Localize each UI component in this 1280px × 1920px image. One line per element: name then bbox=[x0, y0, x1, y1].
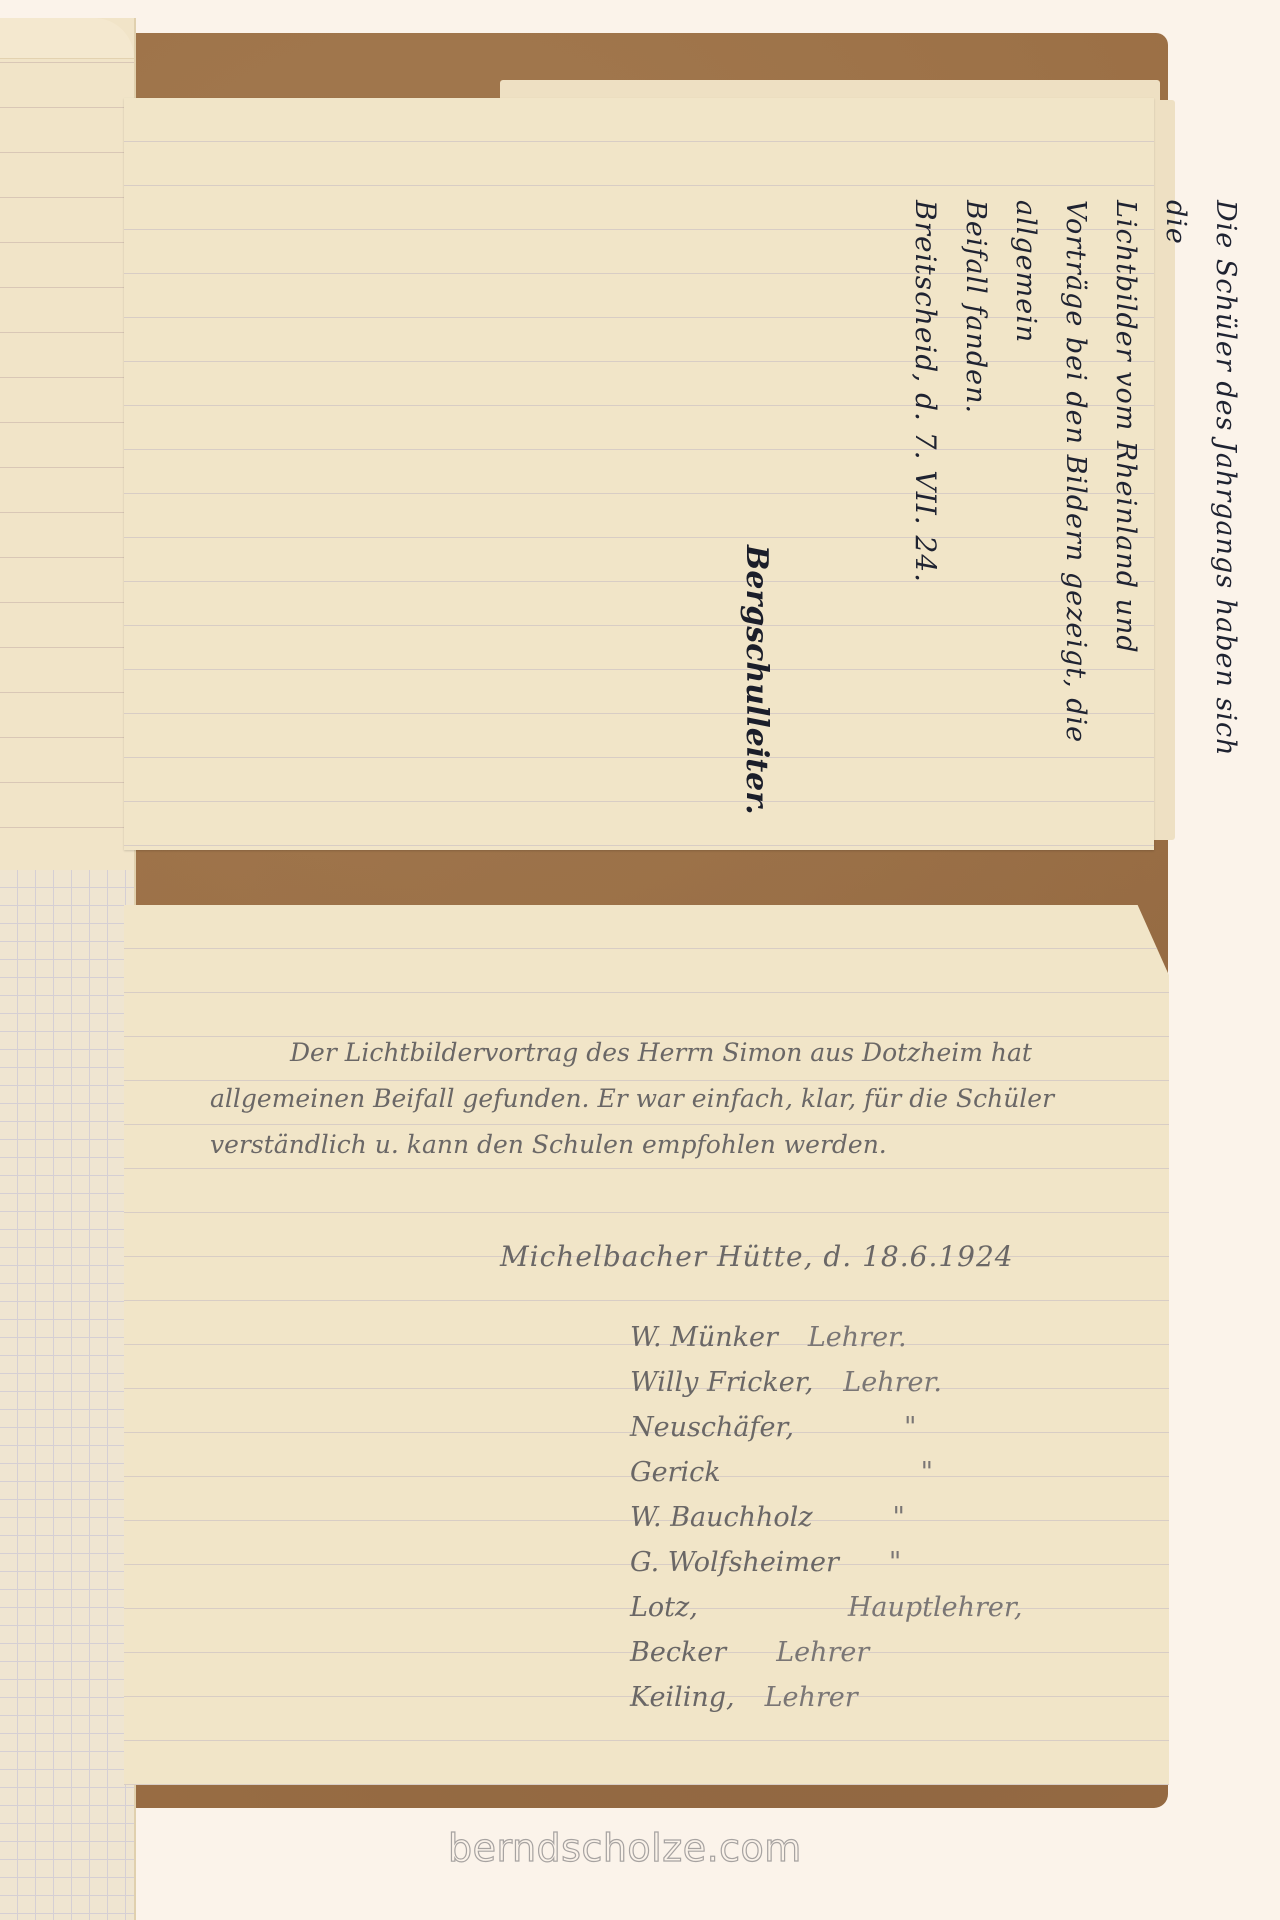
signature-name: G. Wolfsheimer bbox=[630, 1540, 839, 1585]
signature-name: W. Bauchholz bbox=[630, 1495, 813, 1540]
signature-row: Neuschäfer, " bbox=[630, 1405, 1022, 1450]
top-line-3: Vorträge bei den Bildern gezeigt, die al… bbox=[1000, 200, 1100, 800]
bottom-paragraph: Der Lichtbildervortrag des Herrn Simon a… bbox=[210, 1030, 1170, 1168]
signature-name: W. Münker bbox=[630, 1315, 778, 1360]
signature-role: Hauptlehrer, bbox=[848, 1585, 1023, 1630]
top-signature: Bergschulleiter. bbox=[714, 545, 774, 885]
signature-name: Lotz, bbox=[630, 1585, 698, 1630]
signature-name: Neuschäfer, bbox=[630, 1405, 794, 1450]
signature-row: W. Bauchholz " bbox=[630, 1495, 1022, 1540]
top-line-1: Die Schüler des Jahrgangs haben sich die bbox=[1150, 200, 1250, 800]
signature-name: Gerick bbox=[630, 1450, 721, 1495]
signature-row: G. Wolfsheimer " bbox=[630, 1540, 1022, 1585]
signature-role: Lehrer. bbox=[843, 1360, 942, 1405]
signature-role: Lehrer bbox=[776, 1630, 869, 1675]
signature-role: " bbox=[889, 1540, 901, 1585]
top-letter-text: Die Schüler des Jahrgangs haben sich die… bbox=[930, 200, 1250, 800]
signature-name: Willy Fricker, bbox=[630, 1360, 813, 1405]
signature-row: W. Münker Lehrer. bbox=[630, 1315, 1022, 1360]
top-place-date: Breitscheid, d. 7. VII. 24. bbox=[900, 200, 950, 800]
signature-list: W. Münker Lehrer. Willy Fricker, Lehrer.… bbox=[630, 1315, 1022, 1720]
watermark: berndscholze.com bbox=[448, 1826, 828, 1870]
signature-row: Gerick " bbox=[630, 1450, 1022, 1495]
signature-role: Lehrer bbox=[765, 1675, 858, 1720]
signature-row: Keiling, Lehrer bbox=[630, 1675, 1022, 1720]
page-curl bbox=[0, 18, 134, 59]
signature-name: Keiling, bbox=[630, 1675, 735, 1720]
top-line-2: Lichtbilder vom Rheinland und bbox=[1100, 200, 1150, 800]
signature-row: Becker Lehrer bbox=[630, 1630, 1022, 1675]
signature-name: Becker bbox=[630, 1630, 726, 1675]
signature-role: " bbox=[904, 1405, 916, 1450]
signature-role: " bbox=[921, 1450, 933, 1495]
signature-role: Lehrer. bbox=[808, 1315, 907, 1360]
signature-role: " bbox=[893, 1495, 905, 1540]
left-grid-page bbox=[0, 870, 136, 1920]
signature-row: Willy Fricker, Lehrer. bbox=[630, 1360, 1022, 1405]
bottom-place-date: Michelbacher Hütte, d. 18.6.1924 bbox=[500, 1240, 1014, 1273]
top-line-4: Beifall fanden. bbox=[950, 200, 1000, 800]
bottom-paragraph-text: Der Lichtbildervortrag des Herrn Simon a… bbox=[210, 1038, 1054, 1159]
signature-row: Lotz, Hauptlehrer, bbox=[630, 1585, 1022, 1630]
